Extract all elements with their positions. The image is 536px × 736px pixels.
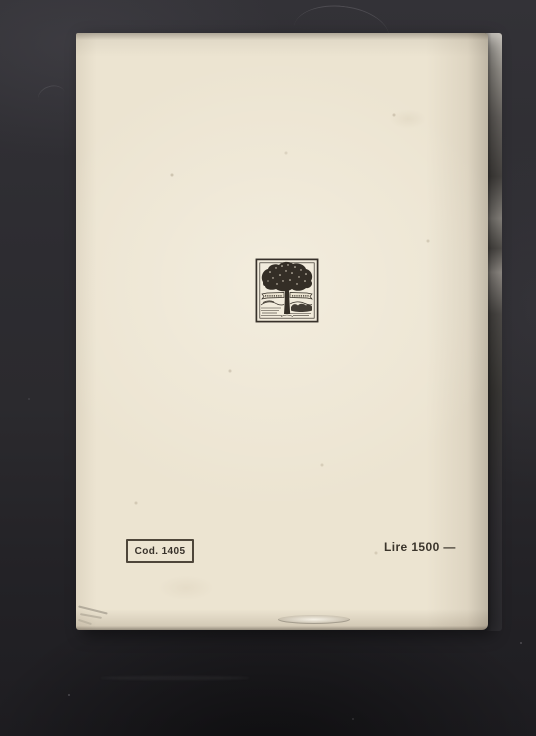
backdrop-speck [28,398,30,400]
photo-backdrop: Cod. 1405 Lire 1500 — [0,0,536,736]
backdrop-speck [520,642,522,644]
backdrop-smudge [100,676,250,680]
bottom-edge-wear-mark [278,615,350,624]
backdrop-speck [68,694,70,696]
code-box: Cod. 1405 [126,539,194,563]
backdrop-speck [352,718,354,720]
backdrop-scratch [35,82,65,101]
corner-wear-marks [78,601,118,627]
book-back-cover: Cod. 1405 Lire 1500 — [76,33,488,630]
emblem-bushes [291,304,312,312]
book-page-fore-edge [486,33,502,631]
publisher-tree-emblem-icon [255,258,319,323]
price-label: Lire 1500 — [384,540,456,554]
emblem-tree-canopy [262,262,312,291]
code-label: Cod. 1405 [135,546,186,557]
